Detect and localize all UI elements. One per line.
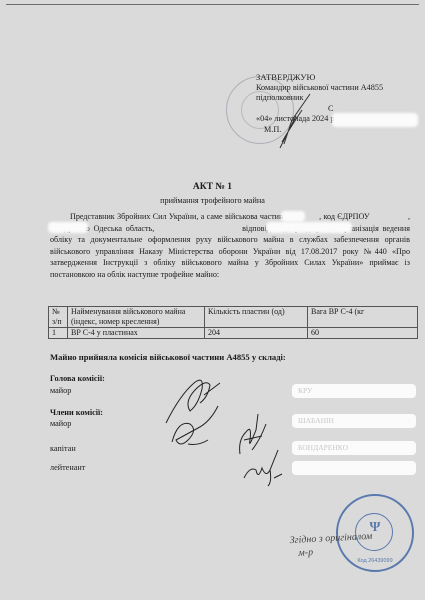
header-item-name: Найменування військового майна (індекс, … [68,307,205,328]
cell-item-name: ВР С-4 у пластинах [68,328,205,339]
member-2-name-redacted: БОНДАРЕНКО [292,441,416,455]
member-2-rank: капітан [50,444,76,453]
member-1-signature [168,400,238,450]
stamp-code: Код 26439099 [338,558,412,564]
redaction-approver-name [332,113,418,127]
member-3-rank: лейтенант [50,463,85,472]
chair-name-redacted: КРУ [292,384,416,398]
paragraph-part-1: Представник Збройних Сил України, а саме… [70,212,295,221]
table-row: 1 ВР С-4 у пластинах 204 60 [49,328,418,339]
chair-rank: майор [50,386,71,395]
items-table: № з/п Найменування військового майна (ін… [48,306,418,339]
act-subtitle: приймання трофейного майна [0,196,425,205]
commission-intro: Майно прийняла комісія військової частин… [50,352,410,362]
approval-header: ЗАТВЕРДЖУЮ [256,72,424,83]
act-title: АКТ № 1 [0,182,425,192]
scan-edge-line [6,4,419,5]
member-1-name-redacted: ШАБАНІН [292,414,416,428]
cell-plate-count: 204 [205,328,308,339]
members-label: Члени комісії: [50,408,103,417]
scanned-document-page: ЗАТВЕРДЖУЮ Командир військової частини А… [0,0,425,600]
chair-label: Голова комісії: [50,374,105,383]
cell-weight: 60 [308,328,418,339]
header-number: № з/п [49,307,68,328]
member-3-signature [240,448,286,488]
redaction-edrpou-code [48,222,88,233]
approver-signature [262,92,322,152]
header-plate-count: Кількість пластин (од) [205,307,308,328]
act-paragraph: Представник Збройних Сил України, а саме… [50,211,410,281]
cell-number: 1 [49,328,68,339]
paragraph-part-2: , код ЄДРПОУ [319,212,370,221]
certified-copy-note: Згідно з оригіналом м-р [289,530,373,560]
member-3-name-redacted [292,461,416,475]
table-header-row: № з/п Найменування військового майна (ін… [49,307,418,328]
member-1-rank: майор [50,419,71,428]
redaction-address [266,222,352,233]
header-weight: Вага ВР С-4 (кг [308,307,418,328]
redaction-unit-number [281,211,305,222]
